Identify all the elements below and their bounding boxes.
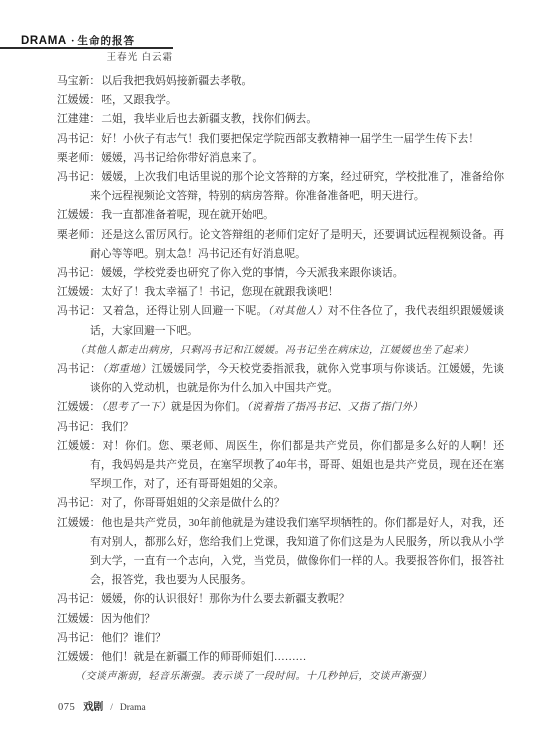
speech-text: 媛媛，你的认识很好！那你为什么要去新疆支教呢？ xyxy=(101,593,349,605)
speech-text: 呸，又跟我学。 xyxy=(101,94,177,106)
dialogue-line: 江媛媛：他们！就是在新疆工作的师哥师姐们……… xyxy=(90,648,504,667)
speaker-name: 冯书记： xyxy=(57,421,101,433)
speech-text: （思考了一下）就是因为你们。（说着指了指冯书记、又指了指门外） xyxy=(101,401,423,413)
speaker-name: 栗老师： xyxy=(57,152,101,164)
magazine-page: DRAMA·生命的报答 王春光 白云霜 马宝新：以后我把我妈妈接新疆去孝敬。江媛… xyxy=(0,0,554,746)
dialogue-line: 冯书记：我们？ xyxy=(90,418,504,437)
speech-text: 他也是共产党员，30年前他就是为建设我们塞罕坝牺牲的。你们都是好人，对我，还有对… xyxy=(90,517,504,587)
speaker-name: 江媛媛： xyxy=(57,94,101,106)
dot-separator: · xyxy=(71,35,75,47)
dialogue-line: 冯书记：媛媛，学校党委也研究了你入党的事情，今天派我来跟你谈话。 xyxy=(90,264,504,283)
dialogue-line: 江媛媛：他也是共产党员，30年前他就是为建设我们塞罕坝牺牲的。你们都是好人，对我… xyxy=(90,514,504,591)
dialogue-line: 冯书记：（郑重地）江媛媛同学，今天校党委指派我，就你入党事项与你谈话。江媛媛，先… xyxy=(90,360,504,398)
page-footer: 075 戏剧 / Drama xyxy=(58,697,554,715)
speaker-name: 马宝新： xyxy=(57,75,101,87)
speaker-name: 江媛媛： xyxy=(57,286,101,298)
speech-text: 以后我把我妈妈接新疆去孝敬。 xyxy=(101,75,252,87)
dialogue-line: 江媛媛：因为他们？ xyxy=(90,610,504,629)
speaker-name: 冯书记： xyxy=(57,632,101,644)
speaker-name: 江媛媛： xyxy=(57,401,101,413)
speech-text: 好！小伙子有志气！我们要把保定学院西部支教精神一届学生一届学生传下去！ xyxy=(101,133,479,145)
speech-text: 还是这么雷厉风行。论文答辩组的老师们定好了是明天，还要调试远程视频设备。再耐心等… xyxy=(90,229,504,260)
speech-text: 对！你们。您、栗老师、周医生，你们都是共产党员，你们都是多么好的人啊！还有，我妈… xyxy=(90,440,504,490)
dialogue-line: 江媛媛：我一直都准备着呢，现在就开始吧。 xyxy=(90,206,504,225)
section-label-en: Drama xyxy=(120,703,146,713)
speaker-name: 江媛媛： xyxy=(57,651,101,663)
journal-name: DRAMA xyxy=(21,35,67,47)
speaker-name: 冯书记： xyxy=(57,593,101,605)
dialogue-line: 冯书记：好！小伙子有志气！我们要把保定学院西部支教精神一届学生一届学生传下去！ xyxy=(90,130,504,149)
dialogue-line: 冯书记：对了，你哥哥姐姐的父亲是做什么的？ xyxy=(90,494,504,513)
dialogue-line: 江建建：二姐，我毕业后也去新疆支教，找你们俩去。 xyxy=(90,110,504,129)
dialogue-line: 马宝新：以后我把我妈妈接新疆去孝敬。 xyxy=(90,72,504,91)
section-label-cn: 戏剧 xyxy=(83,702,103,713)
speaker-name: 栗老师： xyxy=(57,229,102,241)
authors: 王春光 白云霜 xyxy=(0,52,173,64)
dialogue-line: 江媛媛：呸，又跟我学。 xyxy=(90,91,504,110)
stage-direction: （交谈声渐弱，轻音乐渐强。表示谈了一段时间。十几秒钟后，交谈声渐强） xyxy=(75,667,494,686)
speech-text: 媛媛，学校党委也研究了你入党的事情，今天派我来跟你谈话。 xyxy=(101,267,403,279)
section-separator: / xyxy=(110,703,113,713)
speaker-name: 冯书记： xyxy=(57,267,101,279)
speech-text: 媛媛，上次我们电话里说的那个论文答辩的方案，经过研究，学校批准了，准备给你来个远… xyxy=(90,171,504,202)
speaker-name: 江媛媛： xyxy=(57,440,103,452)
journal-header-line: DRAMA·生命的报答 xyxy=(21,33,554,46)
dialogue-line: 栗老师：还是这么雷厉风行。论文答辩组的老师们定好了是明天，还要调试远程视频设备。… xyxy=(90,226,504,264)
speech-text: 因为他们？ xyxy=(101,613,155,625)
speaker-name: 冯书记： xyxy=(57,363,102,375)
work-title: 生命的报答 xyxy=(77,36,135,47)
dialogue-line: 冯书记：他们？谁们？ xyxy=(90,629,504,648)
dialogue-line: 栗老师：媛媛，冯书记给你带好消息来了。 xyxy=(90,149,504,168)
speech-text: 我一直都准备着呢，现在就开始吧。 xyxy=(101,209,274,221)
speech-text: 他们！就是在新疆工作的师哥师姐们……… xyxy=(101,651,306,663)
speaker-name: 冯书记： xyxy=(57,133,101,145)
stage-direction: （其他人都走出病房，只剩冯书记和江媛媛。冯书记坐在病床边，江媛媛也坐了起来） xyxy=(75,341,494,360)
dialogue-line: 冯书记：又着急，还得让别人回避一下呢。（对其他人）对不住各位了，我代表组织跟媛媛… xyxy=(90,302,504,340)
speaker-name: 冯书记： xyxy=(57,305,102,317)
header-rule xyxy=(0,47,173,49)
dialogue-line: 江媛媛：太好了！我太幸福了！书记，您现在就跟我谈吧！ xyxy=(90,283,504,302)
script-body: 马宝新：以后我把我妈妈接新疆去孝敬。江媛媛：呸，又跟我学。江建建：二姐，我毕业后… xyxy=(0,72,554,687)
page-number: 075 xyxy=(58,702,75,713)
speaker-name: 冯书记： xyxy=(57,171,102,183)
speech-text: 我们？ xyxy=(101,421,133,433)
speaker-name: 江媛媛： xyxy=(57,209,101,221)
dialogue-line: 江媛媛：对！你们。您、栗老师、周医生，你们都是共产党员，你们都是多么好的人啊！还… xyxy=(90,437,504,495)
speaker-name: 江建建： xyxy=(57,113,101,125)
speech-text: 对了，你哥哥姐姐的父亲是做什么的？ xyxy=(101,497,285,509)
speech-text: 他们？谁们？ xyxy=(101,632,166,644)
speech-text: （郑重地）江媛媛同学，今天校党委指派我，就你入党事项与你谈话。江媛媛，先谈谈你的… xyxy=(90,363,504,394)
speech-text: 二姐，我毕业后也去新疆支教，找你们俩去。 xyxy=(101,113,317,125)
dialogue-line: 冯书记：媛媛，你的认识很好！那你为什么要去新疆支教呢？ xyxy=(90,590,504,609)
speech-text: 太好了！我太幸福了！书记，您现在就跟我谈吧！ xyxy=(101,286,339,298)
page-header: DRAMA·生命的报答 王春光 白云霜 xyxy=(0,33,554,64)
speech-text: 又着急，还得让别人回避一下呢。（对其他人）对不住各位了，我代表组织跟媛媛谈话，大… xyxy=(90,305,504,336)
dialogue-line: 江媛媛：（思考了一下）就是因为你们。（说着指了指冯书记、又指了指门外） xyxy=(90,398,504,417)
speaker-name: 冯书记： xyxy=(57,497,101,509)
dialogue-line: 冯书记：媛媛，上次我们电话里说的那个论文答辩的方案，经过研究，学校批准了，准备给… xyxy=(90,168,504,206)
speaker-name: 江媛媛： xyxy=(57,613,101,625)
speech-text: 媛媛，冯书记给你带好消息来了。 xyxy=(101,152,263,164)
speaker-name: 江媛媛： xyxy=(57,517,102,529)
